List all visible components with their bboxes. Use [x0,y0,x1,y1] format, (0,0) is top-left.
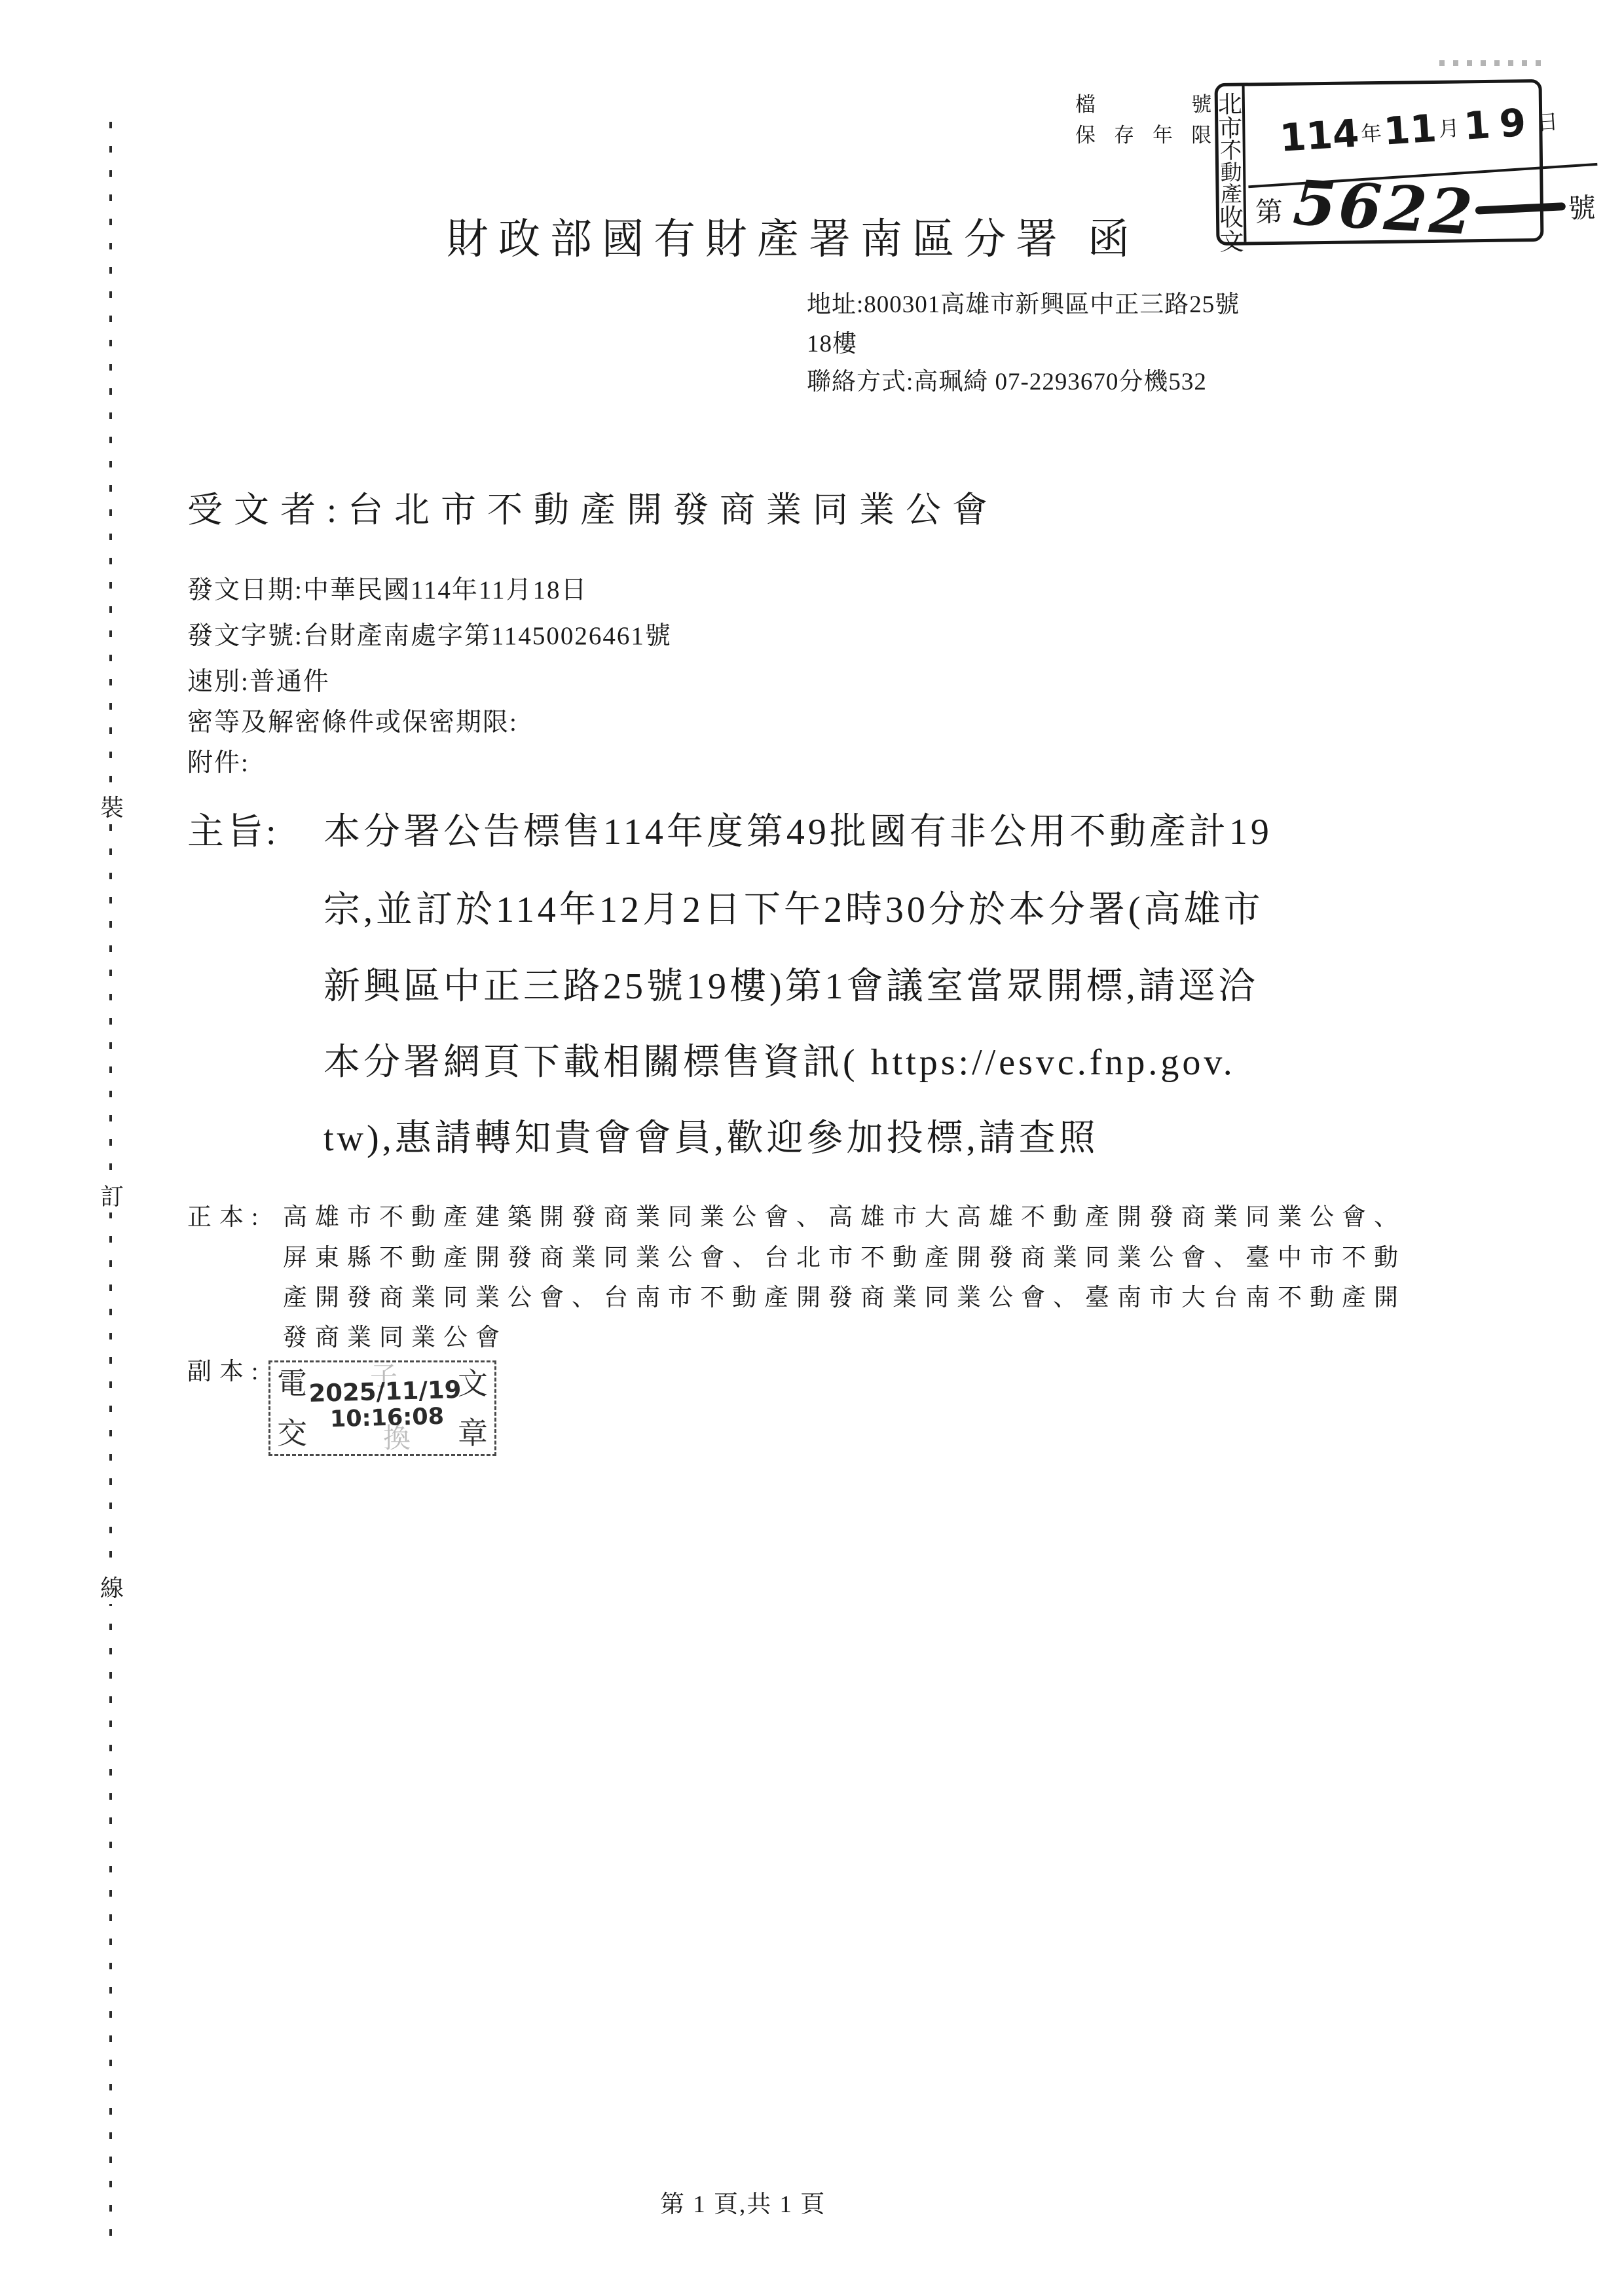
subject-line-3: 新興區中正三路25號19樓)第1會議室當眾開標,請逕洽 [323,957,1259,1010]
receipt-stamp-org-bottom: 收文 [1219,206,1244,255]
issue-number-line: 發文字號:台財產南處字第11450026461號 [187,615,672,652]
exchange-stamp-char-bottom-left: 交 [277,1419,307,1449]
ink-smudge [1439,60,1544,66]
original-copy-line-1: 高雄市不動產建築開發商業同業公會、高雄市大高雄不動產開發商業同業公會、 [283,1197,1406,1232]
document-title: 財政部國有財產署南區分署 函 [447,206,1139,266]
exchange-stamp-time: 10:16:08 [310,1405,465,1432]
retention-period-label: 保存年限: [1075,118,1236,149]
priority-line: 速別:普通件 [187,661,330,698]
receipt-serial-suffix: 號 [1568,187,1596,227]
binding-mark-bottom: 線 [96,1573,128,1604]
handwritten-serial-number: 5622 [1292,179,1476,238]
receipt-date-month: 11 [1382,106,1438,154]
page-number-footer: 第 1 頁,共 1 頁 [660,2184,826,2219]
original-copy-line-2: 屏東縣不動產開發商業同業公會、台北市不動產開發商業同業公會、臺中市不動 [283,1237,1406,1273]
sender-contact-line: 聯絡方式:高珮綺 07-2293670分機532 [807,361,1207,397]
exchange-stamp-date: 2025/11/19 [299,1377,471,1406]
receipt-date-year-unit: 年 [1360,117,1383,148]
sender-address-line2: 18樓 [807,323,857,359]
attachment-line: 附件: [187,742,249,779]
receipt-date-year: 114 [1278,111,1360,160]
original-copy-label: 正本: [187,1197,266,1232]
scanned-official-letter-page: 裝 訂 線 檔 號: 保存年限: 北市 不動產 收文 114 年 11 月 19… [0,0,1624,2296]
cc-copy-label: 副本: [187,1351,266,1387]
original-copy-line-4: 發商業同業公會 [283,1317,507,1353]
handwritten-dash-stroke [1475,202,1565,214]
recipient-line: 受文者:台北市不動產開發商業同業公會 [187,482,999,532]
original-copy-line-3: 產開發商業同業公會、台南市不動產開發商業同業公會、臺南市大台南不動產開 [283,1277,1406,1313]
receipt-stamp-serial-row: 第 5622 號 [1246,175,1596,242]
binding-mark-middle: 訂 [96,1181,128,1212]
binding-mark-top: 裝 [96,792,128,824]
receipt-stamp-org-column: 北市 不動產 收文 [1218,86,1247,242]
receipt-date-day: 19 [1462,100,1536,149]
receipt-stamp-right: 114 年 11 月 19 日 第 5622 號 [1245,82,1596,242]
subject-label: 主旨: [187,803,279,855]
receipt-stamp-org-top: 北市 [1218,93,1243,141]
sender-address-line1: 地址:800301高雄市新興區中正三路25號 [807,284,1240,319]
issue-date-line: 發文日期:中華民國114年11月18日 [187,570,587,606]
classification-line: 密等及解密條件或保密期限: [187,702,518,738]
subject-line-4: 本分署網頁下載相關標售資訊( https://esvc.fnp.gov. [323,1033,1236,1085]
receipt-stamp-org-mid: 不動產 [1219,141,1244,206]
electronic-exchange-stamp: 電 子 文 交 換 章 2025/11/19 10:16:08 [268,1360,496,1456]
file-number-block: 檔 號: 保存年限: [1075,88,1236,149]
file-no-label: 檔 號: [1075,88,1236,118]
receipt-date-month-unit: 月 [1437,111,1460,143]
receipt-serial-prefix: 第 [1255,191,1283,230]
subject-line-1: 本分署公告標售114年度第49批國有非公用不動產計19 [323,803,1272,855]
receipt-date-day-unit: 日 [1536,105,1559,137]
subject-line-5: tw),惠請轉知貴會會員,歡迎參加投標,請查照 [323,1109,1099,1161]
receipt-stamp: 北市 不動產 收文 114 年 11 月 19 日 第 5622 號 [1215,79,1544,246]
subject-line-2: 宗,並訂於114年12月2日下午2時30分於本分署(高雄市 [323,881,1264,933]
